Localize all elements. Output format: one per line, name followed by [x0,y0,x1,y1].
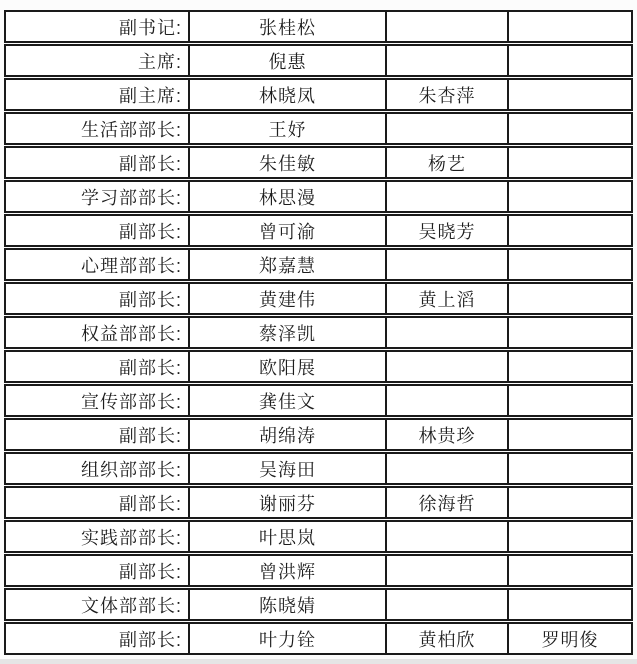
table-row: 副部长: 胡绵涛 林贵珍 [4,418,633,451]
position-label: 实践部部长: [6,522,188,551]
table-row: 学习部部长: 林思漫 [4,180,633,213]
position-label: 组织部部长: [6,454,188,483]
member-name-2 [385,12,507,41]
position-label: 文体部部长: [6,590,188,619]
member-name-1: 蔡泽凯 [188,318,385,347]
member-name-2: 黄柏欣 [385,624,507,653]
position-label: 宣传部部长: [6,386,188,415]
position-label: 学习部部长: [6,182,188,211]
member-name-1: 王妤 [188,114,385,143]
position-label: 副部长: [6,488,188,517]
member-name-3 [507,284,631,313]
table-row: 副部长: 曾可渝 吴晓芳 [4,214,633,247]
table-row: 副书记: 张桂松 [4,10,633,43]
member-name-3 [507,216,631,245]
member-name-1: 吴海田 [188,454,385,483]
member-name-3 [507,250,631,279]
member-name-2: 朱杏萍 [385,80,507,109]
position-label: 副部长: [6,556,188,585]
table-row: 副部长: 朱佳敏 杨艺 [4,146,633,179]
member-name-1: 叶力铨 [188,624,385,653]
position-label: 心理部部长: [6,250,188,279]
member-name-2 [385,522,507,551]
member-name-3 [507,386,631,415]
member-name-1: 曾洪辉 [188,556,385,585]
member-name-3 [507,148,631,177]
member-name-3 [507,12,631,41]
member-name-3 [507,114,631,143]
position-label: 副部长: [6,216,188,245]
position-label: 副主席: [6,80,188,109]
table-row: 副主席: 林晓凤 朱杏萍 [4,78,633,111]
member-name-3: 罗明俊 [507,624,631,653]
member-name-3 [507,352,631,381]
member-name-3 [507,590,631,619]
table-row: 生活部部长: 王妤 [4,112,633,145]
member-name-1: 龚佳文 [188,386,385,415]
member-name-1: 张桂松 [188,12,385,41]
member-name-2 [385,386,507,415]
member-name-1: 林晓凤 [188,80,385,109]
member-name-2 [385,318,507,347]
member-name-2 [385,590,507,619]
member-name-3 [507,80,631,109]
member-name-1: 欧阳展 [188,352,385,381]
member-name-2: 黄上滔 [385,284,507,313]
position-label: 主席: [6,46,188,75]
table-row: 副部长: 叶力铨 黄柏欣 罗明俊 [4,622,633,655]
member-name-2: 徐海哲 [385,488,507,517]
member-name-1: 黄建伟 [188,284,385,313]
member-name-2: 杨艺 [385,148,507,177]
member-name-3 [507,556,631,585]
position-label: 权益部部长: [6,318,188,347]
position-label: 副部长: [6,148,188,177]
member-name-1: 曾可渝 [188,216,385,245]
table-row: 主席: 倪惠 [4,44,633,77]
position-label: 副部长: [6,420,188,449]
position-label: 副部长: [6,352,188,381]
table-row: 权益部部长: 蔡泽凯 [4,316,633,349]
member-name-3 [507,182,631,211]
member-name-3 [507,318,631,347]
member-name-1: 倪惠 [188,46,385,75]
table-row: 实践部部长: 叶思岚 [4,520,633,553]
position-label: 生活部部长: [6,114,188,143]
member-name-3 [507,454,631,483]
member-name-2 [385,182,507,211]
position-label: 副部长: [6,284,188,313]
table-row: 副部长: 黄建伟 黄上滔 [4,282,633,315]
member-name-2: 吴晓芳 [385,216,507,245]
roster-table: 副书记: 张桂松 主席: 倪惠 副主席: 林晓凤 朱杏萍 生活部部长: 王妤 副… [4,10,633,656]
photo-bottom-edge [0,659,637,664]
member-name-3 [507,420,631,449]
member-name-1: 林思漫 [188,182,385,211]
member-name-1: 谢丽芬 [188,488,385,517]
table-row: 副部长: 欧阳展 [4,350,633,383]
member-name-1: 郑嘉慧 [188,250,385,279]
member-name-2 [385,250,507,279]
member-name-2: 林贵珍 [385,420,507,449]
member-name-3 [507,522,631,551]
member-name-2 [385,556,507,585]
member-name-1: 朱佳敏 [188,148,385,177]
position-label: 副书记: [6,12,188,41]
table-row: 文体部部长: 陈晓婧 [4,588,633,621]
member-name-2 [385,46,507,75]
member-name-2 [385,454,507,483]
table-row: 副部长: 谢丽芬 徐海哲 [4,486,633,519]
member-name-3 [507,46,631,75]
member-name-3 [507,488,631,517]
member-name-2 [385,352,507,381]
table-row: 宣传部部长: 龚佳文 [4,384,633,417]
member-name-1: 胡绵涛 [188,420,385,449]
member-name-1: 叶思岚 [188,522,385,551]
member-name-1: 陈晓婧 [188,590,385,619]
table-row: 副部长: 曾洪辉 [4,554,633,587]
position-label: 副部长: [6,624,188,653]
table-row: 组织部部长: 吴海田 [4,452,633,485]
table-row: 心理部部长: 郑嘉慧 [4,248,633,281]
member-name-2 [385,114,507,143]
